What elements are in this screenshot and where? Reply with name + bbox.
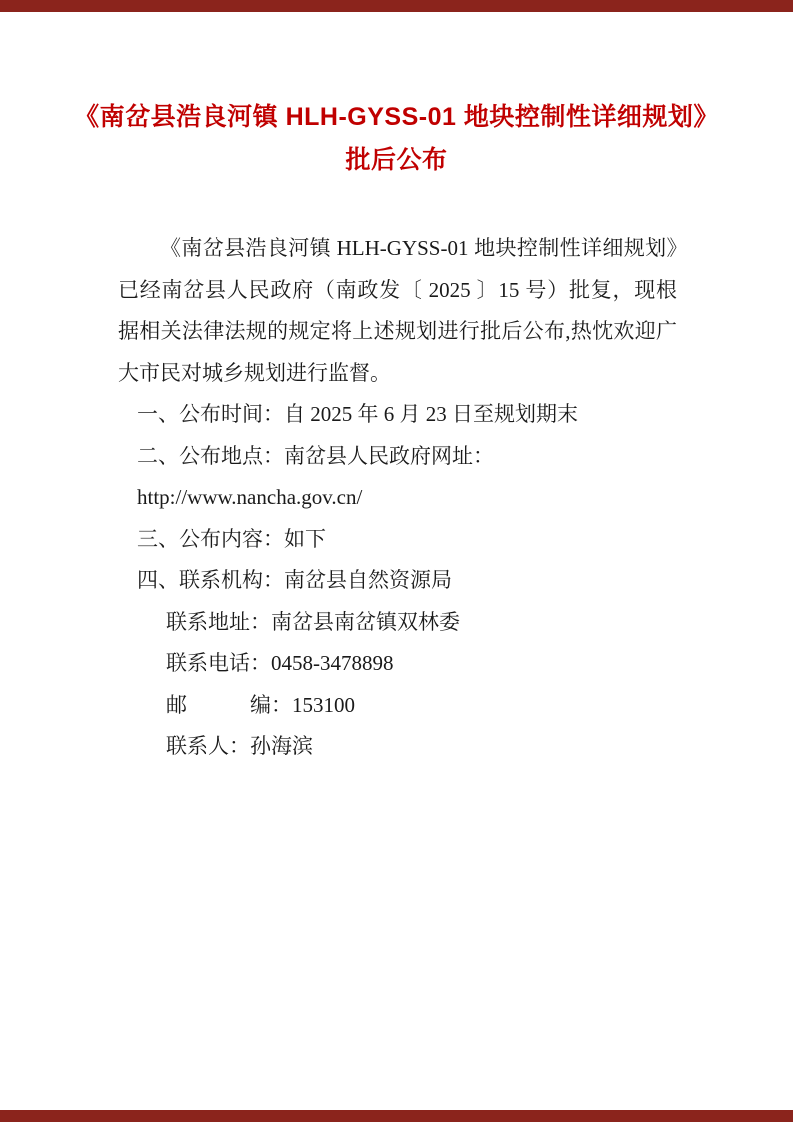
item-publish-content: 三、公布内容：如下 [118,519,677,561]
postal-code-line: 邮 编：153100 [118,685,677,727]
item-contact-agency: 四、联系机构：南岔县自然资源局 [118,560,677,602]
item-publish-location-text: 二、公布地点：南岔县人民政府网址： [137,444,494,468]
document-body: 《南岔县浩良河镇 HLH-GYSS-01 地块控制性详细规划》已经南岔县人民政府… [118,228,677,768]
contact-phone-line: 联系电话：0458-3478898 [118,643,677,685]
page-title-line2: 批后公布 [54,139,739,182]
government-website-link[interactable]: http://www.nancha.gov.cn/ [137,485,362,509]
item-publish-time: 一、公布时间：自 2025 年 6 月 23 日至规划期末 [118,394,677,436]
contact-person-line: 联系人：孙海滨 [118,726,677,768]
item-publish-location: 二、公布地点：南岔县人民政府网址：http://www.nancha.gov.c… [118,436,677,519]
item-contact-agency-text: 四、联系机构：南岔县自然资源局 [137,568,452,592]
page-title-line1: 《南岔县浩良河镇 HLH-GYSS-01 地块控制性详细规划》 [54,96,739,139]
item-publish-content-text: 三、公布内容：如下 [137,527,326,551]
page-title: 《南岔县浩良河镇 HLH-GYSS-01 地块控制性详细规划》 批后公布 [54,96,739,182]
announcement-items: 一、公布时间：自 2025 年 6 月 23 日至规划期末 二、公布地点：南岔县… [118,394,677,768]
contact-address-line: 联系地址：南岔县南岔镇双林委 [118,602,677,644]
announcement-page: 《南岔县浩良河镇 HLH-GYSS-01 地块控制性详细规划》 批后公布 《南岔… [0,0,793,1122]
bottom-edge-bar [0,1110,793,1122]
item-publish-time-text: 一、公布时间：自 2025 年 6 月 23 日至规划期末 [137,402,578,426]
top-edge-bar [0,0,793,12]
intro-paragraph: 《南岔县浩良河镇 HLH-GYSS-01 地块控制性详细规划》已经南岔县人民政府… [118,228,677,394]
